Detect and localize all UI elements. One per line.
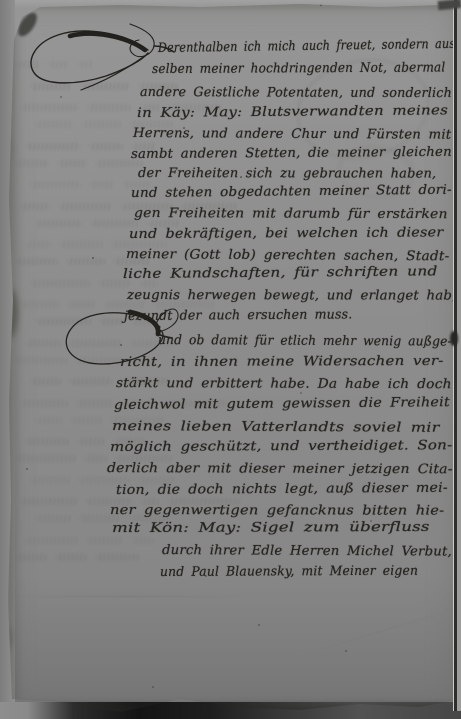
bleedthrough-segment	[36, 121, 73, 128]
bleedthrough-segment	[91, 220, 139, 227]
bleedthrough-line	[16, 547, 150, 566]
bleedthrough-segment	[16, 554, 47, 561]
ink-speck	[320, 4, 322, 6]
paper-crease	[12, 596, 242, 597]
paper-crease	[286, 604, 461, 661]
manuscript-line: derlich aber mit dieser meiner jetzigen …	[107, 461, 453, 478]
manuscript-page: Derenthalben ich mich auch freuet, sonde…	[0, 0, 461, 719]
bleedthrough-segment	[36, 417, 62, 424]
bleedthrough-segment	[21, 203, 50, 210]
bleedthrough-segment	[59, 203, 112, 210]
ink-speck	[345, 650, 347, 652]
manuscript-line: meines lieben Vatterlandts soviel mir	[112, 419, 440, 437]
manuscript-line: und stehen obgedachten meiner Statt dori…	[131, 183, 452, 202]
manuscript-line: Derenthalben ich mich auch freuet, sonde…	[158, 37, 455, 57]
bleedthrough-segment	[26, 438, 69, 445]
manuscript-line: liche Kundschaften, für schriften und	[123, 264, 438, 283]
bleedthrough-segment	[26, 143, 80, 150]
bleedthrough-segment	[78, 438, 105, 445]
bleedthrough-segment	[31, 181, 81, 188]
bleedthrough-segment	[31, 477, 70, 484]
bleedthrough-segment	[132, 537, 154, 544]
ink-speck	[258, 624, 260, 626]
ink-speck	[408, 250, 410, 252]
bleedthrough-segment	[31, 378, 61, 385]
manuscript-line: und Paul Blauensky, mit Meiner eigen	[160, 564, 418, 581]
manuscript-line: andere Geistliche Potentaten, und sonder…	[140, 85, 452, 102]
ink-speck	[300, 392, 302, 394]
manuscript-line: in Käy: May: Blutsverwandten meines	[137, 103, 448, 122]
ink-speck	[183, 127, 185, 129]
manuscript-line: möglich geschützt, und vertheidiget. Son…	[110, 438, 452, 456]
manuscript-line: richt, in ihnen meine Widersachen ver-	[120, 354, 444, 371]
bleedthrough-segment	[16, 160, 49, 167]
bleedthrough-segment	[36, 515, 71, 522]
bleedthrough-segment	[71, 417, 103, 424]
bleedthrough-segment	[77, 400, 114, 407]
bleedthrough-segment	[21, 104, 79, 111]
bleedthrough-segment	[26, 241, 51, 248]
manuscript-line: und ob damit für etlich mehr wenig außge…	[158, 333, 452, 351]
bleedthrough-segment	[26, 340, 60, 347]
bleedthrough-segment	[36, 220, 82, 227]
manuscript-line: zeugnis herwegen bewegt, und erlanget ha…	[127, 288, 457, 305]
manuscript-line: jezundt der auch ersuchen muss.	[124, 307, 353, 325]
ink-speck	[370, 520, 372, 522]
manuscript-line: gen Freiheiten mit darumb für erstärken	[134, 206, 448, 223]
manuscript-line: gleichwol mit gutem gewissen die Freihei…	[114, 395, 450, 414]
bleedthrough-segment	[31, 280, 90, 287]
manuscript-line: meiner (Gott lob) gerechten sachen, Stad…	[126, 247, 450, 265]
bleedthrough-segment	[60, 241, 103, 248]
ink-speck	[240, 176, 242, 178]
bleedthrough-segment	[82, 121, 121, 128]
bleedthrough-segment	[16, 455, 76, 462]
bleedthrough-segment	[90, 181, 114, 188]
bleedthrough-segment	[56, 554, 87, 561]
paper-edge-shade	[10, 3, 457, 12]
manuscript-line: stärkt und erbittert habe. Da habe ich d…	[116, 376, 452, 393]
binding-knot-mark	[450, 331, 458, 346]
bleedthrough-segment	[70, 378, 112, 385]
ink-speck	[120, 344, 122, 346]
manuscript-line: sambt anderen Stetten, die meiner gleich…	[131, 145, 452, 163]
adjacent-page-edge	[453, 0, 461, 711]
ink-speck	[60, 96, 62, 98]
bleedthrough-segment	[96, 554, 141, 561]
bleedthrough-segment	[21, 498, 77, 505]
bleedthrough-segment	[88, 104, 132, 111]
manuscript-line: ner gegenwertigen gefancknus bitten hie-	[110, 503, 444, 520]
bleedthrough-segment	[58, 160, 87, 167]
manuscript-line: durch ihrer Edle Herren Michel Verbut,	[162, 543, 452, 561]
ink-speck	[92, 257, 94, 259]
manuscript-line: tion, die doch nichts legt, auß dieser m…	[116, 481, 448, 499]
manuscript-line: der Freiheiten sich zu gebrauchen haben,	[138, 166, 436, 183]
bleedthrough-segment	[21, 301, 59, 308]
ink-speck	[152, 686, 154, 688]
bleedthrough-segment	[87, 537, 123, 544]
manuscript-line: Herrens, und andere Chur und Fürsten mit	[133, 126, 451, 144]
bleedthrough-segment	[21, 400, 68, 407]
ink-speck	[205, 575, 207, 577]
bleedthrough-segment	[67, 258, 105, 265]
bleedthrough-segment	[26, 537, 78, 544]
manuscript-photograph: Derenthalben ich mich auch freuet, sonde…	[0, 0, 461, 719]
bleedthrough-segment	[85, 455, 107, 462]
bleedthrough-segment	[16, 258, 58, 265]
manuscript-line: und bekräftigen, bei welchen ich dieser	[129, 225, 444, 243]
ink-speck	[26, 468, 28, 470]
manuscript-line: selben meiner hochdringenden Not, aberma…	[152, 60, 446, 78]
bleedthrough-segment	[89, 143, 123, 150]
manuscript-line: mit Kön: May: Sigel zum überfluss	[112, 520, 430, 537]
